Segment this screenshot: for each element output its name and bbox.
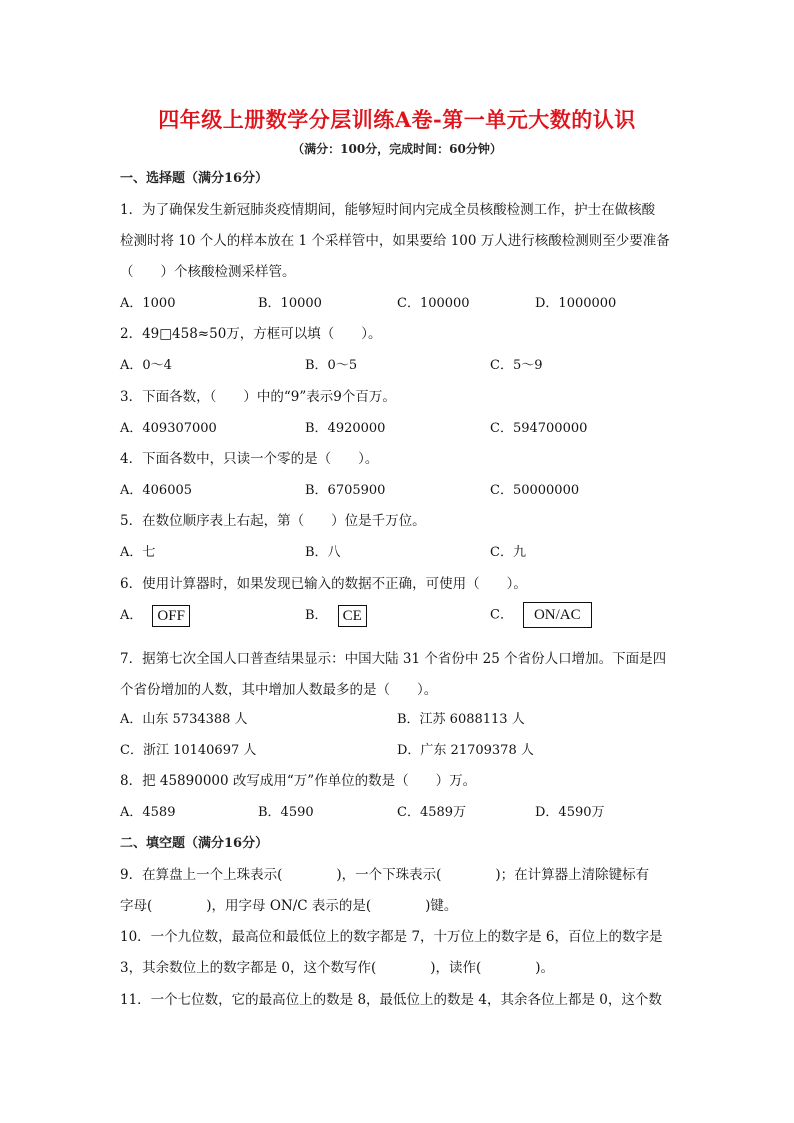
question-5-option-b: B．八 [305,541,341,560]
question-3-option-c: C．594700000 [490,417,587,436]
question-8-option-c: C．4589万 [397,801,466,820]
question-2-option-a: A．0～4 [120,354,172,373]
question-8-option-b: B．4590 [258,801,314,820]
question-2-option-b: B．0～5 [305,354,357,373]
question-6-option-b: B．CE [305,604,367,627]
section-heading-choice: 一、选择题（满分16分） [120,167,268,186]
question-8-line-1: 8．把 45890000 改写成用“万”作单位的数是（ ）万。 [120,769,476,789]
question-4-option-a: A．406005 [120,479,192,498]
question-1-line-2: 检测时将 10 个人的样本放在 1 个采样管中，如果要给 100 万人进行核酸检… [120,229,670,249]
page-subtitle: （满分：100分，完成时间：60分钟） [0,140,794,157]
option-label: B． [305,608,328,623]
question-2-line-1: 2．49□458≈50万，方框可以填（ ）。 [120,322,382,342]
question-1-line-1: 1．为了确保发生新冠肺炎疫情期间，能够短时间内完成全员核酸检测工作，护士在做核酸 [120,198,655,218]
question-9-line-2: 字母( )，用字母 ON/C 表示的是( )键。 [120,894,457,914]
question-7-option-b: B．江苏 6088113 人 [397,708,525,727]
question-1-option-a: A．1000 [120,292,175,311]
question-7-line-2: 个省份增加的人数，其中增加人数最多的是（ ）。 [120,678,437,698]
question-8-option-d: D．4590万 [535,801,605,820]
question-4-option-b: B．6705900 [305,479,385,498]
question-7-option-c: C．浙江 10140697 人 [120,739,256,758]
question-7-option-d: D．广东 21709378 人 [397,739,534,758]
question-6-option-a: A．OFF [120,604,190,627]
question-3-line-1: 3．下面各数，（ ）中的“9”表示9个百万。 [120,385,396,405]
question-6-line-1: 6．使用计算器时，如果发现已输入的数据不正确，可使用（ ）。 [120,572,527,592]
question-5-option-c: C．九 [490,541,526,560]
question-3-option-b: B．4920000 [305,417,385,436]
question-10-line-2: 3，其余数位上的数字都是 0，这个数写作( )，读作( )。 [120,956,554,976]
section-heading-fill-blank: 二、填空题（满分16分） [120,832,268,851]
question-1-line-3: （ ）个核酸检测采样管。 [120,260,296,280]
question-1-option-c: C．100000 [397,292,470,311]
question-9-line-1: 9．在算盘上一个上珠表示( )，一个下珠表示( )；在计算器上清除键标有 [120,863,649,883]
question-4-option-c: C．50000000 [490,479,579,498]
option-label: A． [120,608,142,623]
question-11-line-1: 11．一个七位数，它的最高位上的数是 8，最低位上的数是 4，其余各位上都是 0… [120,988,662,1008]
on-ac-key-icon: ON/AC [523,602,592,628]
option-label: C． [490,608,513,623]
off-key-icon: OFF [152,605,190,627]
question-10-line-1: 10．一个九位数，最高位和最低位上的数字都是 7，十万位上的数字是 6，百位上的… [120,925,662,945]
question-8-option-a: A．4589 [120,801,175,820]
question-5-option-a: A．七 [120,541,155,560]
question-7-line-1: 7．据第七次全国人口普查结果显示：中国大陆 31 个省份中 25 个省份人口增加… [120,647,666,667]
question-1-option-b: B．10000 [258,292,322,311]
question-5-line-1: 5．在数位顺序表上右起，第（ ）位是千万位。 [120,509,426,529]
question-4-line-1: 4．下面各数中，只读一个零的是（ ）。 [120,447,378,467]
ce-key-icon: CE [338,605,367,627]
page-title: 四年级上册数学分层训练A卷-第一单元大数的认识 [0,104,794,134]
question-6-option-c: C．ON/AC [490,602,592,628]
question-7-option-a: A．山东 5734388 人 [120,708,248,727]
question-3-option-a: A．409307000 [120,417,217,436]
question-2-option-c: C．5～9 [490,354,543,373]
question-1-option-d: D．1000000 [535,292,616,311]
worksheet-page: 四年级上册数学分层训练A卷-第一单元大数的认识 （满分：100分，完成时间：60… [0,0,794,1123]
